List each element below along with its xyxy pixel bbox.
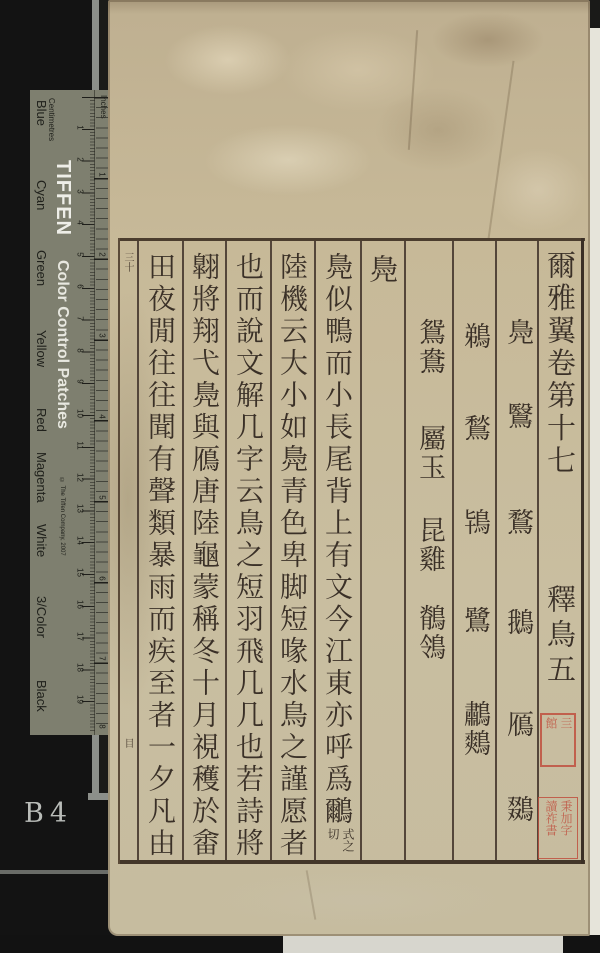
patch-label-red: Red xyxy=(34,408,49,432)
color-control-card: Blue Cyan Green Yellow Red Magenta White… xyxy=(30,90,108,735)
cm-tick-label: 10 xyxy=(76,408,85,420)
contents-entry: 鷫鷞 xyxy=(459,700,489,758)
column-rule xyxy=(537,241,539,860)
patch-label-green: Green xyxy=(34,250,49,286)
inch-tick-label: 8 xyxy=(98,721,107,733)
cm-tick-label: 9 xyxy=(76,376,85,388)
print-frame-bottom xyxy=(118,860,585,864)
contents-entry: 鵽 xyxy=(502,795,532,824)
pronunciation-note: 切 xyxy=(326,828,339,840)
column-rule xyxy=(270,241,272,860)
print-frame-right xyxy=(581,238,584,864)
inch-tick-label: 4 xyxy=(98,411,107,423)
backing-sheet-bottom xyxy=(283,935,563,953)
cm-tick-label: 18 xyxy=(76,662,85,674)
patch-label-black: Black xyxy=(34,680,49,712)
contents-entry: 鶩 xyxy=(502,508,532,537)
cm-tick-label: 3 xyxy=(76,186,85,198)
body-text-column: 翺將翔弋鳧與鴈唐陸龜蒙稱冬十月視穫於畬 xyxy=(189,252,219,860)
tiffen-logo: TIFFEN xyxy=(51,160,74,236)
inch-tick-label: 5 xyxy=(98,492,107,504)
contents-entry: 鵜 xyxy=(459,322,489,351)
seal-text: 亖 xyxy=(559,717,572,763)
cm-tick-label: 11 xyxy=(76,440,85,452)
cm-tick-label: 4 xyxy=(76,217,85,229)
patch-label-yellow: Yellow xyxy=(34,330,49,367)
contents-entry: 鶺鴒 xyxy=(414,604,444,662)
volume-title: 爾雅翼卷第十七 xyxy=(545,250,575,478)
margin-note: 目 xyxy=(121,738,133,748)
patch-label-magenta: Magenta xyxy=(34,452,49,503)
contents-entry: 鴛鴦 xyxy=(414,318,444,376)
cm-tick-label: 7 xyxy=(76,313,85,325)
contents-entry: 昆雞 xyxy=(414,516,444,574)
cm-tick-label: 8 xyxy=(76,345,85,357)
cm-tick-label: 19 xyxy=(76,694,85,706)
plate-label: B4 xyxy=(24,798,73,829)
backdrop-bottom-right xyxy=(563,935,600,953)
scan-holder-rail xyxy=(0,870,110,874)
cm-tick-label: 6 xyxy=(76,281,85,293)
contents-entry: 鶖 xyxy=(459,414,489,443)
patch-label-3color: 3/Color xyxy=(34,596,49,638)
column-rule xyxy=(404,241,406,860)
card-copyright: © The Tiffen Company, 2007 xyxy=(59,478,65,556)
cm-tick-label: 2 xyxy=(76,154,85,166)
seal-text: 館 xyxy=(544,717,557,763)
scan-holder-frame-horizontal xyxy=(88,793,110,800)
seal-text: 讀祚書 xyxy=(544,800,557,856)
body-text-column: 田夜閒往往聞有聲類暴雨而疾至者一夕凡由 xyxy=(145,252,175,860)
inch-tick-label: 1 xyxy=(98,169,107,181)
column-rule xyxy=(452,241,454,860)
inch-tick-label: 6 xyxy=(98,573,107,585)
patch-label-white: White xyxy=(34,524,49,557)
cm-tick-label: 13 xyxy=(76,503,85,515)
collector-seal: 秉加字 讀祚書 xyxy=(538,797,578,859)
contents-entry: 鷺 xyxy=(459,606,489,635)
contents-entry: 鴇 xyxy=(459,508,489,537)
body-text-column: 也而說文解几字云鳥之短羽飛几几也若詩將 xyxy=(233,252,263,860)
contents-entry: 鳧 xyxy=(502,318,532,347)
print-frame-top xyxy=(118,238,585,241)
body-text-column: 陸機云大小如鳧青色卑脚短喙水鳥之謹愿者 xyxy=(277,252,307,860)
collector-seal: 亖 館 xyxy=(540,713,576,767)
cm-tick-label: 16 xyxy=(76,599,85,611)
column-rule xyxy=(495,241,497,860)
inch-tick-label: 3 xyxy=(98,330,107,342)
card-title: Color Control Patches xyxy=(53,260,71,429)
backing-sheet-edge xyxy=(589,28,600,935)
cm-tick-label: 1 xyxy=(76,122,85,134)
contents-entry: 屬玉 xyxy=(414,424,444,482)
patch-label-cyan: Cyan xyxy=(34,180,49,210)
column-rule xyxy=(137,241,139,860)
entry-heading: 鳧 xyxy=(367,254,397,287)
inch-tick-label: 2 xyxy=(98,249,107,261)
cm-tick-label: 5 xyxy=(76,249,85,261)
cm-tick-label: 17 xyxy=(76,631,85,643)
column-rule xyxy=(360,241,362,860)
centimetres-label: Centimetres xyxy=(47,98,56,141)
column-rule xyxy=(225,241,227,860)
contents-entry: 鴈 xyxy=(502,710,532,739)
body-text-column: 鳧似鴨而小長尾背上有文今江東亦呼爲鸍 xyxy=(322,252,352,828)
cm-tick-label: 15 xyxy=(76,567,85,579)
column-rule xyxy=(314,241,316,860)
backdrop-corner xyxy=(589,0,600,28)
column-rule xyxy=(182,241,184,860)
backdrop-bottom-left xyxy=(0,935,283,953)
cm-tick-label: 14 xyxy=(76,535,85,547)
inch-tick-label: 7 xyxy=(98,653,107,665)
section-title: 釋鳥五 xyxy=(545,584,575,689)
print-frame-left xyxy=(118,238,120,864)
contents-entry: 鵝 xyxy=(502,608,532,637)
cm-tick-label: 12 xyxy=(76,472,85,484)
contents-entry: 鷖 xyxy=(502,402,532,431)
pronunciation-note: 式之 xyxy=(341,828,354,852)
seal-text: 秉加字 xyxy=(559,800,572,856)
margin-note: 三十 xyxy=(121,252,133,272)
